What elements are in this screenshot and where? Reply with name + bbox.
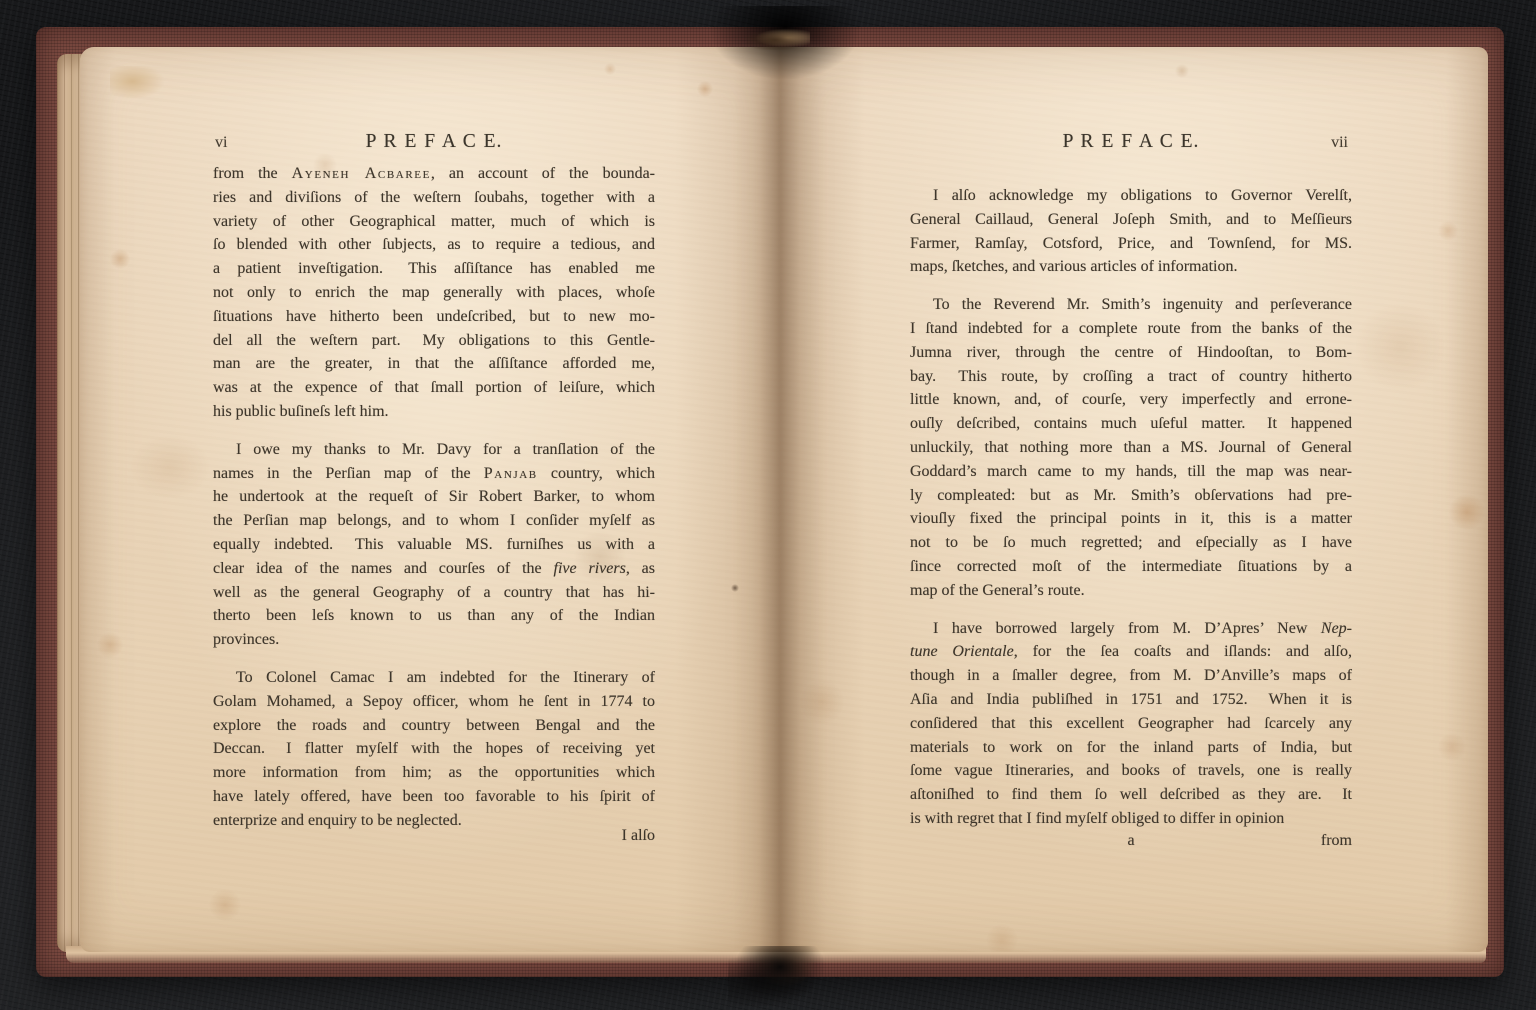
text-line: materials to work on for the inland part…	[910, 736, 1352, 760]
text-line: Goddard’s march came to my hands, till t…	[910, 460, 1352, 484]
text-line: ſome vague Itineraries, and books of tra…	[910, 759, 1352, 783]
text-line: I owe my thanks to Mr. Davy for a tranſl…	[213, 438, 655, 462]
text-line: To the Reverend Mr. Smith’s ingenuity an…	[910, 293, 1352, 317]
text-line: I ſtand indebted for a complete route fr…	[910, 317, 1352, 341]
text-line: have lately offered, have been too favor…	[213, 785, 655, 809]
text-line: ouſly deſcribed, contains much uſeful ma…	[910, 412, 1352, 436]
signature-mark: a	[910, 832, 1352, 850]
text-line: viouſly fixed the principal points in it…	[910, 507, 1352, 531]
text-line: Aſia and India publiſhed in 1751 and 175…	[910, 688, 1352, 712]
text-line: names in the Perſian map of the Panjab c…	[213, 462, 655, 486]
text-line: his public buſineſs left him.	[213, 400, 655, 424]
text-line: maps, ſketches, and various articles of …	[910, 255, 1352, 279]
text-line: is with regret that I find myſelf oblige…	[910, 807, 1352, 831]
page-title-right: P R E F A C E.	[910, 131, 1352, 153]
paragraph: To Colonel Camac I am indebted for the I…	[213, 666, 655, 833]
text-line: therto been leſs known to us than any of…	[213, 604, 655, 628]
text-line: tune Orientale, for the ſea coaſts and i…	[910, 640, 1352, 664]
text-line: man are the greater, in that the aſſiſta…	[213, 352, 655, 376]
text-line: ſince corrected moſt of the intermediate…	[910, 555, 1352, 579]
text-line: To Colonel Camac I am indebted for the I…	[213, 666, 655, 690]
text-line: I have borrowed largely from M. D’Apres’…	[910, 617, 1352, 641]
text-line: clear idea of the names and courſes of t…	[213, 557, 655, 581]
text-line: was at the expence of that ſmall portion…	[213, 376, 655, 400]
paragraph: To the Reverend Mr. Smith’s ingenuity an…	[910, 293, 1352, 602]
text-line: not to be ſo much regretted; and eſpecia…	[910, 531, 1352, 555]
text-line: ries and diviſions of the weſtern ſoubah…	[213, 186, 655, 210]
catchword-right: from	[1321, 832, 1352, 850]
page-number-right: vii	[1331, 134, 1348, 152]
text-line: the Perſian map belongs, and to whom I c…	[213, 509, 655, 533]
paragraph: I owe my thanks to Mr. Davy for a tranſl…	[213, 438, 655, 652]
text-line: unluckily, that nothing more than a MS. …	[910, 436, 1352, 460]
text-line: I alſo acknowledge my obligations to Gov…	[910, 184, 1352, 208]
text-line: well as the general Geography of a count…	[213, 581, 655, 605]
text-line: ſituations have hitherto been undeſcribe…	[213, 305, 655, 329]
text-line: provinces.	[213, 628, 655, 652]
right-page-text: I alſo acknowledge my obligations to Gov…	[910, 184, 1352, 831]
paragraph: I have borrowed largely from M. D’Apres’…	[910, 617, 1352, 831]
text-line: del all the weſtern part. My obligations…	[213, 329, 655, 353]
text-line: Farmer, Ramſay, Cotsford, Price, and Tow…	[910, 232, 1352, 256]
text-line: General Caillaud, General Joſeph Smith, …	[910, 208, 1352, 232]
text-line: not only to enrich the map generally wit…	[213, 281, 655, 305]
text-line: bay. This route, by croſſing a tract of …	[910, 365, 1352, 389]
text-line: ſo blended with other ſubjects, as to re…	[213, 233, 655, 257]
text-line: aſtoniſhed to find them ſo well deſcribe…	[910, 783, 1352, 807]
text-line: map of the General’s route.	[910, 579, 1352, 603]
paragraph: I alſo acknowledge my obligations to Gov…	[910, 184, 1352, 279]
page-title-left: P R E F A C E.	[213, 131, 655, 153]
text-line: more information from him; as the opport…	[213, 761, 655, 785]
left-page-text: from the Ayeneh Acbaree, an account of t…	[213, 162, 655, 833]
text-line: a patient inveſtigation. This aſſiſtance…	[213, 257, 655, 281]
text-line: Golam Mohamed, a Sepoy officer, whom he …	[213, 690, 655, 714]
text-line: little known, and, of courſe, very imper…	[910, 388, 1352, 412]
text-line: conſidered that this excellent Geographe…	[910, 712, 1352, 736]
right-page-header-row: P R E F A C E. vii	[910, 131, 1352, 157]
book-photo: vi P R E F A C E. P R E F A C E. vii fro…	[0, 0, 1536, 1010]
text-line: from the Ayeneh Acbaree, an account of t…	[213, 162, 655, 186]
text-line: variety of other Geographical matter, mu…	[213, 210, 655, 234]
text-line: though in a ſmaller degree, from M. D’An…	[910, 664, 1352, 688]
text-line: Deccan. I flatter myſelf with the hopes …	[213, 737, 655, 761]
text-line: Jumna river, through the centre of Hindo…	[910, 341, 1352, 365]
text-line: explore the roads and country between Be…	[213, 714, 655, 738]
paragraph: from the Ayeneh Acbaree, an account of t…	[213, 162, 655, 424]
catchword-left: I alſo	[213, 827, 655, 845]
text-line: he undertook at the requeſt of Sir Rober…	[213, 485, 655, 509]
text-line: ly compleated: but as Mr. Smith’s obſerv…	[910, 484, 1352, 508]
text-line: equally indebted. This valuable MS. furn…	[213, 533, 655, 557]
left-page-header-row: vi P R E F A C E.	[213, 131, 655, 157]
